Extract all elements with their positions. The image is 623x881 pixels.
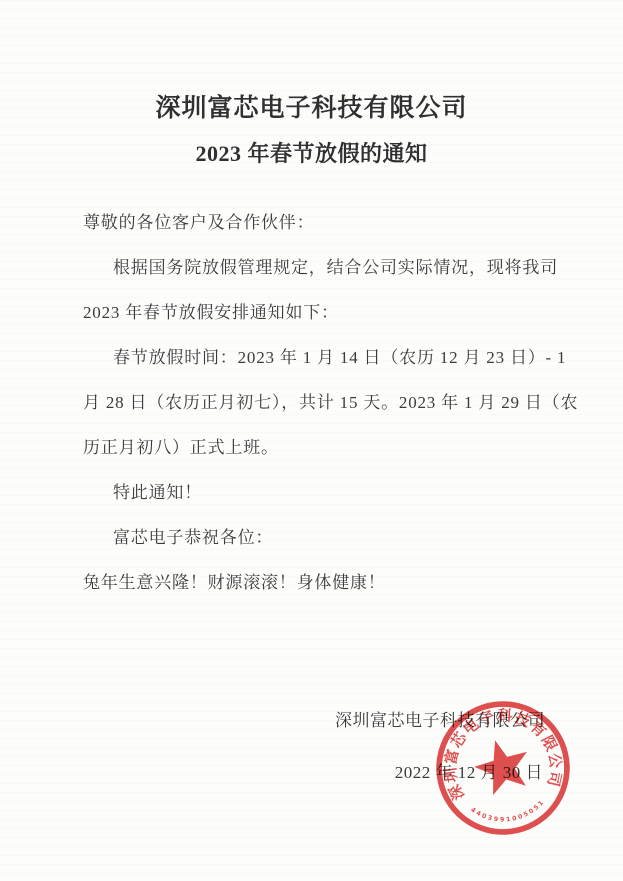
signature-date: 2022 年 12 月 30 日 <box>395 758 543 783</box>
signature-company: 深圳富芯电子科技有限公司 <box>335 706 545 731</box>
company-title: 深圳富芯电子科技有限公司 <box>0 88 623 124</box>
notice-body: 尊敬的各位客户及合作伙伴： 根据国务院放假管理规定，结合公司实际情况，现将我司 … <box>83 200 553 605</box>
salutation-line: 尊敬的各位客户及合作伙伴： <box>83 200 553 245</box>
body-line: 2023 年春节放假安排通知如下： <box>83 290 553 335</box>
body-line: 根据国务院放假管理规定，结合公司实际情况，现将我司 <box>83 245 553 290</box>
wishes-intro: 富芯电子恭祝各位： <box>83 515 553 560</box>
seal-serial-arc-text: 4403991005051 <box>469 798 549 828</box>
body-line: 月 28 日（农历正月初七），共计 15 天。2023 年 1 月 29 日（农 <box>83 380 553 425</box>
notice-closing: 特此通知！ <box>83 470 553 515</box>
body-line: 春节放假时间：2023 年 1 月 14 日（农历 12 月 23 日）- 1 <box>83 335 553 380</box>
wishes-line: 兔年生意兴隆！财源滚滚！身体健康！ <box>83 560 553 605</box>
body-line: 历正月初八）正式上班。 <box>83 425 553 470</box>
scanned-notice-page: 深圳富芯电子科技有限公司 2023 年春节放假的通知 尊敬的各位客户及合作伙伴：… <box>0 0 623 881</box>
notice-subtitle: 2023 年春节放假的通知 <box>0 137 623 168</box>
